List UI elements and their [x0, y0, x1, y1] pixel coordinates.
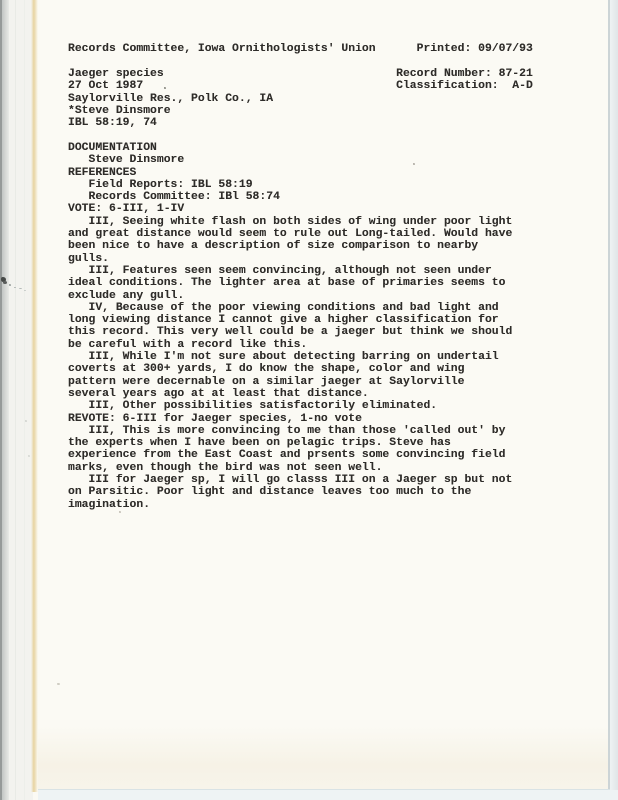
margin-pen-mark-dot	[19, 288, 22, 289]
scan-speck	[164, 87, 166, 89]
page-stack-edge	[31, 0, 38, 792]
scanned-document-page: Records Committee, Iowa Ornithologists' …	[0, 0, 618, 800]
scanner-edge-right	[610, 0, 618, 800]
scan-streak	[24, 0, 25, 800]
margin-pen-mark	[3, 281, 7, 284]
margin-pen-mark-dot	[9, 284, 11, 286]
scan-streak	[15, 0, 16, 800]
scanner-edge-bottom	[38, 790, 618, 800]
scan-speck	[25, 420, 27, 422]
record-info-block: Jaeger species Record Number: 87-21 27 O…	[68, 68, 533, 129]
scan-speck	[413, 163, 415, 165]
page-underlay-strip	[9, 0, 33, 800]
scan-speck	[28, 455, 30, 457]
document-header-line: Records Committee, Iowa Ornithologists' …	[68, 43, 533, 55]
document-body-text: DOCUMENTATION Steve Dinsmore REFERENCES …	[68, 142, 512, 511]
scan-speck	[57, 683, 60, 685]
scan-speck	[119, 511, 121, 513]
scanner-edge-left-shade	[2, 0, 9, 800]
